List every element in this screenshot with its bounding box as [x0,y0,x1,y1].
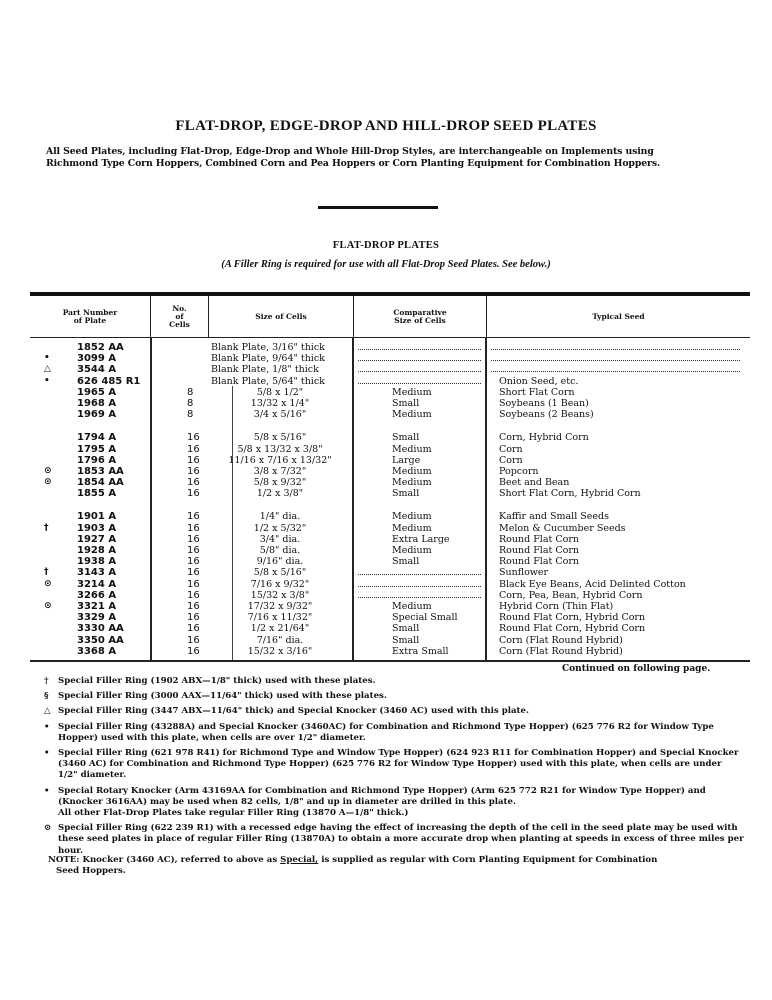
no-cells-cell: 8 [150,409,208,420]
section-note: (A Filler Ring is required for use with … [0,259,772,270]
comparative-size-cell: Small [352,432,485,443]
no-cells-cell: 16 [150,601,208,612]
footnotes: †Special Filler Ring (1902 ABX—1/8" thic… [44,676,744,861]
part-number: 1796 A [77,455,116,466]
part-number: 3099 A [77,353,116,364]
final-note-line-2: Seed Hoppers. [48,866,748,877]
no-cells-cell: 16 [150,444,208,455]
part-number-cell: 1855 A [30,488,150,499]
table-body: 1852 AABlank Plate, 3/16" thick•3099 ABl… [30,338,750,660]
cell-size-cell: 3/4 x 5/16" [208,409,352,420]
part-number: 3544 A [77,364,116,375]
part-number: 1794 A [77,432,116,443]
footnote-marker-icon: ⊙ [44,466,52,477]
part-number: 3143 A [77,567,116,578]
part-number: 1927 A [77,534,116,545]
part-number-cell: 1794 A [30,432,150,443]
typical-seed-cell: Round Flat Corn, Hybrid Corn [485,623,750,634]
comparative-size-cell: Medium [352,466,485,477]
blank-plate-description: Blank Plate, 5/64" thick [150,376,352,387]
no-cells-cell: 16 [150,477,208,488]
no-cells-cell: 16 [150,646,208,657]
typical-seed-cell: Short Flat Corn [485,387,750,398]
cell-size-cell: 1/2 x 21/64" [208,623,352,634]
header-no-cells: No. of Cells [150,296,208,337]
page-title: FLAT-DROP, EDGE-DROP AND HILL-DROP SEED … [0,118,772,135]
part-number: 1853 AA [77,466,124,477]
comparative-size-cell: Medium [352,444,485,455]
part-number-cell: 1965 A [30,387,150,398]
table-row: 3330 AA161/2 x 21/64"SmallRound Flat Cor… [30,623,750,634]
part-number-cell: 1852 AA [30,342,150,353]
cell-size-cell: 13/32 x 1/4" [208,398,352,409]
table-row: 1969 A83/4 x 5/16"MediumSoybeans (2 Bean… [30,409,750,420]
footnote-symbol-icon: § [44,691,49,702]
comparative-size-cell: Small [352,635,485,646]
part-number-cell: 3266 A [30,590,150,601]
intro-line-1: All Seed Plates, including Flat-Drop, Ed… [46,146,746,158]
header-size-cells: Size of Cells [208,296,353,337]
table-row: 1968 A813/32 x 1/4"SmallSoybeans (1 Bean… [30,398,750,409]
part-number-cell: •3099 A [30,353,150,364]
header-part-number: Part Number of Plate [30,296,150,337]
comparative-size-cell: Medium [352,523,485,534]
group-spacer [30,499,750,511]
footnote-text: Special Filler Ring (622 239 R1) with a … [58,823,744,857]
typical-seed-cell: Round Flat Corn [485,545,750,556]
intro-paragraph: All Seed Plates, including Flat-Drop, Ed… [46,146,746,170]
comparative-size-cell [352,342,485,353]
comparative-size-cell: Small [352,623,485,634]
cell-size-cell: 7/16 x 11/32" [208,612,352,623]
table-row: ⊙3214 A167/16 x 9/32"Black Eye Beans, Ac… [30,579,750,590]
part-number-cell: 3368 A [30,646,150,657]
no-cells-cell: 16 [150,556,208,567]
part-number-cell: ⊙1853 AA [30,466,150,477]
part-number: 3330 AA [77,623,124,634]
part-number: 1968 A [77,398,116,409]
table-row: 1852 AABlank Plate, 3/16" thick [30,342,750,353]
part-number-cell: 3329 A [30,612,150,623]
comparative-size-cell [352,353,485,364]
part-number-cell: †3143 A [30,567,150,578]
blank-plate-description: Blank Plate, 9/64" thick [150,353,352,364]
cell-size-cell: 5/8 x 13/32 x 3/8" [208,444,352,455]
comparative-size-cell [352,590,485,601]
table-row: 1901 A161/4" dia.MediumKaffir and Small … [30,511,750,522]
no-cells-cell: 16 [150,635,208,646]
comparative-size-cell: Special Small [352,612,485,623]
blank-plate-description: Blank Plate, 3/16" thick [150,342,352,353]
no-cells-cell: 8 [150,398,208,409]
part-number-cell: 1901 A [30,511,150,522]
footnote-text: Special Filler Ring (621 978 R41) for Ri… [58,748,744,782]
table-row: ⊙3321 A1617/32 x 9/32"MediumHybrid Corn … [30,601,750,612]
cell-size-cell: 5/8 x 9/32" [208,477,352,488]
no-cells-cell: 16 [150,432,208,443]
cell-size-cell: 7/16" dia. [208,635,352,646]
cell-size-cell: 5/8" dia. [208,545,352,556]
part-number: 3368 A [77,646,116,657]
table-header: Part Number of Plate No. of Cells Size o… [30,296,750,338]
comparative-size-cell [352,567,485,578]
footnote-marker-icon: † [44,523,49,534]
comparative-size-cell: Small [352,556,485,567]
part-number-cell: †1903 A [30,523,150,534]
part-number-cell: 3330 AA [30,623,150,634]
table-row: 1855 A161/2 x 3/8"SmallShort Flat Corn, … [30,488,750,499]
comparative-size-cell: Medium [352,387,485,398]
no-cells-cell: 16 [150,488,208,499]
footnote-marker-icon: † [44,567,49,578]
no-cells-cell: 16 [150,455,208,466]
typical-seed-cell: Soybeans (1 Bean) [485,398,750,409]
table-row: 3368 A1615/32 x 3/16"Extra SmallCorn (Fl… [30,646,750,657]
table-padding [30,657,750,660]
section-title: FLAT-DROP PLATES [0,240,772,251]
part-number-cell: 1927 A [30,534,150,545]
table-row: 1796 A1611/16 x 7/16 x 13/32"LargeCorn [30,455,750,466]
cell-size-cell: 15/32 x 3/16" [208,646,352,657]
typical-seed-cell: Onion Seed, etc. [485,376,750,387]
group-spacer [30,420,750,432]
typical-seed-cell: Round Flat Corn [485,556,750,567]
footnote-marker-icon: △ [44,364,51,375]
cell-size-cell: 1/4" dia. [208,511,352,522]
part-number-cell: 3350 AA [30,635,150,646]
footnote: •Special Filler Ring (43288A) and Specia… [44,722,744,744]
footnote-marker-icon: • [44,376,50,387]
table-bottom-rule [30,660,750,662]
no-cells-cell: 16 [150,534,208,545]
cell-size-cell: 3/4" dia. [208,534,352,545]
cell-size-cell: 9/16" dia. [208,556,352,567]
table-row: •3099 ABlank Plate, 9/64" thick [30,353,750,364]
comparative-size-cell [352,364,485,375]
comparative-size-cell: Extra Large [352,534,485,545]
comparative-size-cell: Medium [352,409,485,420]
footnote-marker-icon: ⊙ [44,601,52,612]
table-row: 3350 AA167/16" dia.SmallCorn (Flat Round… [30,635,750,646]
no-cells-cell: 16 [150,623,208,634]
part-number: 1965 A [77,387,116,398]
typical-seed-cell: Short Flat Corn, Hybrid Corn [485,488,750,499]
part-number: 3266 A [77,590,116,601]
no-cells-cell: 16 [150,511,208,522]
part-number-cell: ⊙3214 A [30,579,150,590]
cell-size-cell: 17/32 x 9/32" [208,601,352,612]
footnote-text: Special Filler Ring (1902 ABX—1/8" thick… [58,676,744,687]
part-number: 1903 A [77,523,116,534]
part-number: 1901 A [77,511,116,522]
part-number: 1852 AA [77,342,124,353]
footnote: •Special Rotary Knocker (Arm 43169AA for… [44,786,744,820]
footnote-symbol-icon: • [44,748,50,759]
footnote: §Special Filler Ring (3000 AAX—11/64" th… [44,691,744,702]
footnote-marker-icon: ⊙ [44,579,52,590]
typical-seed-cell: Beet and Bean [485,477,750,488]
table-row: 1928 A165/8" dia.MediumRound Flat Corn [30,545,750,556]
part-number: 3350 AA [77,635,124,646]
footnote-extra-text: All other Flat-Drop Plates take regular … [58,808,744,819]
typical-seed-cell: Melon & Cucumber Seeds [485,523,750,534]
part-number-cell: 1928 A [30,545,150,556]
part-number-cell: 1969 A [30,409,150,420]
footnote-symbol-icon: • [44,786,50,797]
typical-seed-cell: Popcorn [485,466,750,477]
footnote-symbol-icon: • [44,722,50,733]
footnote: †Special Filler Ring (1902 ABX—1/8" thic… [44,676,744,687]
continued-note: Continued on following page. [562,664,710,674]
final-note-before: Knocker (3460 AC), referred to above as [82,855,277,865]
footnote: △Special Filler Ring (3447 ABX—11/64" th… [44,706,744,717]
typical-seed-cell: Corn [485,444,750,455]
part-number: 1795 A [77,444,116,455]
part-number: 3321 A [77,601,116,612]
typical-seed-cell [485,342,750,353]
cell-size-cell: 5/8 x 1/2" [208,387,352,398]
cell-size-cell: 15/32 x 3/8" [208,590,352,601]
table-row: †1903 A161/2 x 5/32"MediumMelon & Cucumb… [30,523,750,534]
typical-seed-cell: Corn (Flat Round Hybrid) [485,646,750,657]
cell-size-cell: 1/2 x 3/8" [208,488,352,499]
no-cells-cell: 16 [150,567,208,578]
table-row: ⊙1853 AA163/8 x 7/32"MediumPopcorn [30,466,750,477]
cell-size-cell: 5/8 x 5/16" [208,432,352,443]
table-row: 1938 A169/16" dia.SmallRound Flat Corn [30,556,750,567]
no-cells-cell: 16 [150,579,208,590]
final-note-after: is supplied as regular with Corn Plantin… [321,855,657,865]
footnote: •Special Filler Ring (621 978 R41) for R… [44,748,744,782]
footnote-marker-icon: • [44,353,50,364]
typical-seed-cell: Corn, Pea, Bean, Hybrid Corn [485,590,750,601]
part-number: 1855 A [77,488,116,499]
part-number-cell: ⊙3321 A [30,601,150,612]
part-number-cell: 1795 A [30,444,150,455]
final-note-underlined: Special, [280,855,318,865]
no-cells-cell: 16 [150,590,208,601]
footnote-symbol-icon: △ [44,706,51,717]
part-number: 3329 A [77,612,116,623]
comparative-size-cell: Medium [352,545,485,556]
table-row: ⊙1854 AA165/8 x 9/32"MediumBeet and Bean [30,477,750,488]
no-cells-cell: 16 [150,545,208,556]
typical-seed-cell: Soybeans (2 Beans) [485,409,750,420]
typical-seed-cell: Round Flat Corn, Hybrid Corn [485,612,750,623]
part-number: 626 485 R1 [77,376,140,387]
typical-seed-cell: Corn (Flat Round Hybrid) [485,635,750,646]
footnote: ⊙Special Filler Ring (622 239 R1) with a… [44,823,744,857]
cell-size-cell: 5/8 x 5/16" [208,567,352,578]
footnote-text: Special Filler Ring (3000 AAX—11/64" thi… [58,691,744,702]
part-number: 1938 A [77,556,116,567]
comparative-size-cell [352,579,485,590]
part-number: 1969 A [77,409,116,420]
part-number-cell: 1968 A [30,398,150,409]
footnote-text: Special Filler Ring (43288A) and Special… [58,722,744,744]
part-number-cell: •626 485 R1 [30,376,150,387]
comparative-size-cell: Medium [352,511,485,522]
typical-seed-cell [485,364,750,375]
comparative-size-cell: Medium [352,477,485,488]
typical-seed-cell: Black Eye Beans, Acid Delinted Cotton [485,579,750,590]
table-row: 1795 A165/8 x 13/32 x 3/8"MediumCorn [30,444,750,455]
divider-rule [318,206,438,209]
no-cells-cell: 16 [150,523,208,534]
footnote-symbol-icon: † [44,676,49,687]
typical-seed-cell [485,353,750,364]
typical-seed-cell: Kaffir and Small Seeds [485,511,750,522]
table-row: 1927 A163/4" dia.Extra LargeRound Flat C… [30,534,750,545]
final-note-label: NOTE: [48,855,79,865]
part-number: 1928 A [77,545,116,556]
part-number: 1854 AA [77,477,124,488]
typical-seed-cell: Hybrid Corn (Thin Flat) [485,601,750,612]
comparative-size-cell: Large [352,455,485,466]
comparative-size-cell: Extra Small [352,646,485,657]
no-cells-cell: 8 [150,387,208,398]
table-row: 3266 A1615/32 x 3/8"Corn, Pea, Bean, Hyb… [30,590,750,601]
intro-line-2: Richmond Type Corn Hoppers, Combined Cor… [46,158,746,170]
blank-plate-description: Blank Plate, 1/8" thick [150,364,352,375]
no-cells-cell: 16 [150,612,208,623]
flat-drop-plates-table: Part Number of Plate No. of Cells Size o… [30,292,750,662]
final-note: NOTE: Knocker (3460 AC), referred to abo… [48,855,748,877]
table-row: 1794 A165/8 x 5/16"SmallCorn, Hybrid Cor… [30,432,750,443]
no-cells-cell: 16 [150,466,208,477]
typical-seed-cell: Sunflower [485,567,750,578]
part-number-cell: 1796 A [30,455,150,466]
footnote-text: Special Rotary Knocker (Arm 43169AA for … [58,786,744,808]
cell-size-cell: 3/8 x 7/32" [208,466,352,477]
table-row: †3143 A165/8 x 5/16"Sunflower [30,567,750,578]
footnote-text: Special Filler Ring (3447 ABX—11/64" thi… [58,706,744,717]
cell-size-cell: 7/16 x 9/32" [208,579,352,590]
footnote-marker-icon: ⊙ [44,477,52,488]
part-number: 3214 A [77,579,116,590]
footnote-symbol-icon: ⊙ [44,823,51,834]
part-number-cell: 1938 A [30,556,150,567]
table-row: 3329 A167/16 x 11/32"Special SmallRound … [30,612,750,623]
part-number-cell: △3544 A [30,364,150,375]
header-comparative: Comparative Size of Cells [353,296,486,337]
part-number-cell: ⊙1854 AA [30,477,150,488]
table-row: •626 485 R1Blank Plate, 5/64" thickOnion… [30,376,750,387]
typical-seed-cell: Round Flat Corn [485,534,750,545]
typical-seed-cell: Corn [485,455,750,466]
header-typical-seed: Typical Seed [486,296,750,337]
comparative-size-cell: Small [352,488,485,499]
comparative-size-cell [352,376,485,387]
cell-size-cell: 1/2 x 5/32" [208,523,352,534]
table-row: △3544 ABlank Plate, 1/8" thick [30,364,750,375]
typical-seed-cell: Corn, Hybrid Corn [485,432,750,443]
comparative-size-cell: Small [352,398,485,409]
cell-size-cell: 11/16 x 7/16 x 13/32" [208,455,352,466]
table-row: 1965 A85/8 x 1/2"MediumShort Flat Corn [30,387,750,398]
comparative-size-cell: Medium [352,601,485,612]
